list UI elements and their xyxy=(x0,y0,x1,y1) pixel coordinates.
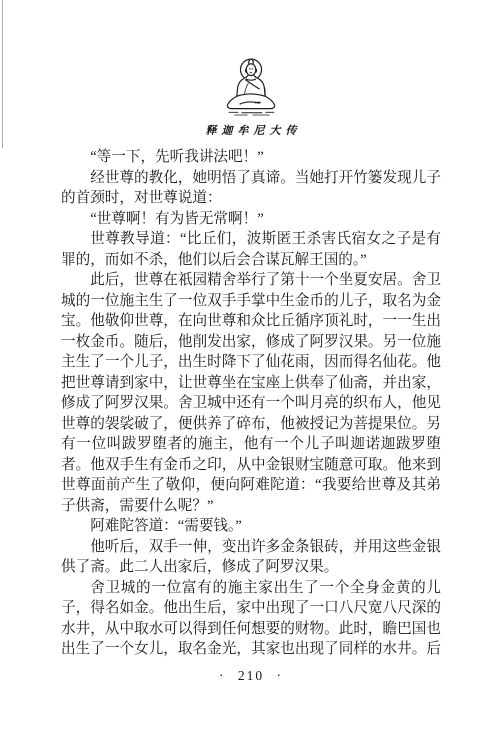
text-line: 供了斋。此二人出家后，修成了阿罗汉果。 xyxy=(61,557,441,578)
text-line: 此后，世尊在祇园精舍举行了第十一个坐夏安居。舍卫 xyxy=(61,270,441,291)
text-line: “等一下，先听我讲法吧！” xyxy=(61,147,441,168)
text-line: 世尊的袈裟破了，便供养了碎布，他被授记为菩提果位。另 xyxy=(61,414,441,435)
text-line: 阿难陀答道：“需要钱。” xyxy=(61,516,441,537)
text-line: 的首颈时，对世尊说道： xyxy=(61,188,441,209)
text-line: 宝。他敬仰世尊，在向世尊和众比丘循序顶礼时，一一生出 xyxy=(61,311,441,332)
seated-buddha-illustration xyxy=(218,55,284,121)
text-line: 修成了阿罗汉果。舍卫城中还有一个叫月亮的织布人，他见 xyxy=(61,393,441,414)
text-line: “世尊啊！有为皆无常啊！” xyxy=(61,209,441,230)
body-text: “等一下，先听我讲法吧！”经世尊的教化，她明悟了真谛。当她打开竹篓发现儿子的首颈… xyxy=(61,147,441,660)
page-header xyxy=(0,55,502,121)
text-line: 城的一位施主生了一位双手手掌中生金币的儿子，取名为金 xyxy=(61,291,441,312)
book-page: 释迦牟尼大传 “等一下，先听我讲法吧！”经世尊的教化，她明悟了真谛。当她打开竹篓… xyxy=(0,0,502,747)
text-line: 罪的，而如不杀，他们以后会合谋瓦解王国的。” xyxy=(61,250,441,271)
text-line: 出生了一个女儿，取名金光，其家也出现了同样的水井。后 xyxy=(61,639,441,660)
text-line: 水井，从中取水可以得到任何想要的财物。此时，瞻巴国也 xyxy=(61,619,441,640)
page-number: · 210 · xyxy=(0,668,502,684)
text-line: 主生了一个儿子，出生时降下了仙花雨，因而得名仙花。他 xyxy=(61,352,441,373)
text-line: 一枚金币。随后，他削发出家，修成了阿罗汉果。另一位施 xyxy=(61,332,441,353)
text-line: 子供斋，需要什么呢？” xyxy=(61,496,441,517)
text-line: 子，得名如金。他出生后，家中出现了一口八尺宽八尺深的 xyxy=(61,598,441,619)
text-line: 他听后，双手一伸，变出许多金条银砖，并用这些金银 xyxy=(61,537,441,558)
text-line: 把世尊请到家中，让世尊坐在宝座上供奉了仙斋，并出家， xyxy=(61,373,441,394)
text-line: 世尊教导道：“比丘们，波斯匿王杀害氏宿女之子是有 xyxy=(61,229,441,250)
text-line: 舍卫城的一位富有的施主家出生了一个全身金黄的儿 xyxy=(61,578,441,599)
text-line: 经世尊的教化，她明悟了真谛。当她打开竹篓发现儿子 xyxy=(61,168,441,189)
text-line: 世尊面前产生了敬仰，便向阿难陀道：“我要给世尊及其弟 xyxy=(61,475,441,496)
text-line: 有一位叫跋罗堕者的施主，他有一个儿子叫迦诺迦跋罗堕 xyxy=(61,434,441,455)
text-line: 者。他双手生有金币之印，从中金银财宝随意可取。他来到 xyxy=(61,455,441,476)
book-title-caption: 释迦牟尼大传 xyxy=(0,122,502,138)
